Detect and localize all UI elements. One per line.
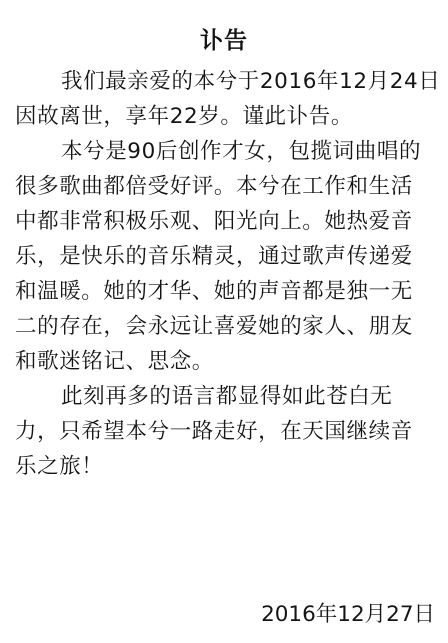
paragraph-line: 乐之旅！ <box>15 449 437 484</box>
paragraph-line: 中都非常积极乐观、阳光向上。她热爱音 <box>15 204 437 239</box>
paragraph-line: 因故离世，享年22岁。谨此讣告。 <box>15 99 437 134</box>
paragraph-2: 本兮是90后创作才女，包揽词曲唱的 很多歌曲都倍受好评。本兮在工作和生活 中都非… <box>15 134 437 379</box>
paragraph-1: 我们最亲爱的本兮于2016年12月24日 因故离世，享年22岁。谨此讣告。 <box>15 64 437 134</box>
paragraph-3: 此刻再多的语言都显得如此苍白无 力，只希望本兮一路走好，在天国继续音 乐之旅！ <box>15 379 437 484</box>
paragraph-line: 此刻再多的语言都显得如此苍白无 <box>15 379 437 414</box>
obituary-date: 2016年12月27日 <box>261 598 435 632</box>
paragraph-line: 力，只希望本兮一路走好，在天国继续音 <box>15 414 437 449</box>
paragraph-line: 二的存在，会永远让喜爱她的家人、朋友 <box>15 309 437 344</box>
paragraph-line: 和歌迷铭记、思念。 <box>15 344 437 379</box>
paragraph-line: 乐，是快乐的音乐精灵，通过歌声传递爱 <box>15 239 437 274</box>
paragraph-line: 我们最亲爱的本兮于2016年12月24日 <box>15 64 437 99</box>
paragraph-line: 本兮是90后创作才女，包揽词曲唱的 <box>15 134 437 169</box>
obituary-body: 我们最亲爱的本兮于2016年12月24日 因故离世，享年22岁。谨此讣告。 本兮… <box>15 64 437 484</box>
paragraph-line: 很多歌曲都倍受好评。本兮在工作和生活 <box>15 169 437 204</box>
paragraph-line: 和温暖。她的才华、她的声音都是独一无 <box>15 274 437 309</box>
obituary-title: 讣告 <box>0 24 448 58</box>
